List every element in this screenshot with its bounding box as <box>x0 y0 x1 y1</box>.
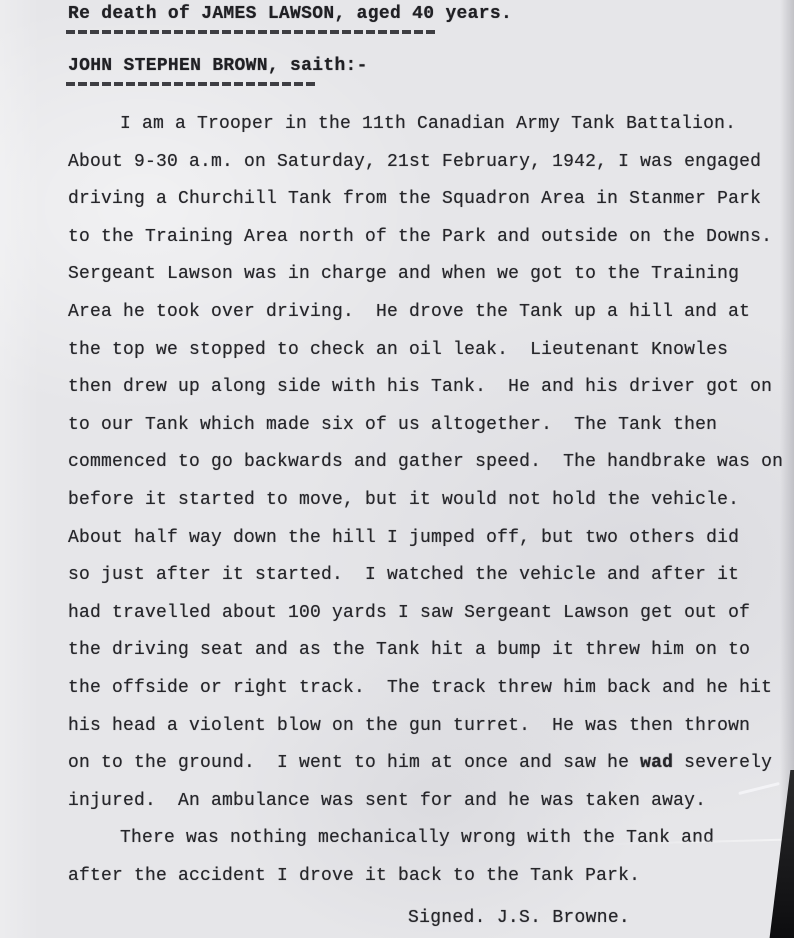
statement-document: Re death of JAMES LAWSON, aged 40 years.… <box>0 4 794 928</box>
body-line: to the Training Area north of the Park a… <box>68 219 784 257</box>
line-segment: on to the ground. I went to him at once … <box>68 753 640 773</box>
body-line: commenced to go backwards and gather spe… <box>68 444 784 482</box>
document-page: Re death of JAMES LAWSON, aged 40 years.… <box>0 0 794 938</box>
body-line: on to the ground. I went to him at once … <box>68 745 784 783</box>
deponent-line: JOHN STEPHEN BROWN, saith:- <box>68 56 794 76</box>
signature-line: Signed. J.S. Browne. <box>408 908 794 928</box>
body-line: injured. An ambulance was sent for and h… <box>68 783 784 821</box>
body-paragraph: I am a Trooper in the 11th Canadian Army… <box>68 106 784 820</box>
body-line: About half way down the hill I jumped of… <box>68 520 784 558</box>
deponent-underline <box>66 82 316 86</box>
body-line: About 9-30 a.m. on Saturday, 21st Februa… <box>68 144 784 182</box>
body-line: before it started to move, but it would … <box>68 482 784 520</box>
body-line: his head a violent blow on the gun turre… <box>68 708 784 746</box>
body-paragraph: There was nothing mechanically wrong wit… <box>68 820 784 895</box>
statement-body: I am a Trooper in the 11th Canadian Army… <box>68 106 784 895</box>
document-title: Re death of JAMES LAWSON, aged 40 years. <box>68 4 794 24</box>
body-line: driving a Churchill Tank from the Squadr… <box>68 181 784 219</box>
title-underline <box>66 30 438 34</box>
body-line: Area he took over driving. He drove the … <box>68 294 784 332</box>
body-line: so just after it started. I watched the … <box>68 557 784 595</box>
body-line: to our Tank which made six of us altoget… <box>68 407 784 445</box>
overstruck-word: wad <box>640 753 673 773</box>
body-line: I am a Trooper in the 11th Canadian Army… <box>68 106 784 144</box>
body-line: then drew up along side with his Tank. H… <box>68 369 784 407</box>
body-line: the offside or right track. The track th… <box>68 670 784 708</box>
body-line: the top we stopped to check an oil leak.… <box>68 332 784 370</box>
body-line: had travelled about 100 yards I saw Serg… <box>68 595 784 633</box>
body-line: the driving seat and as the Tank hit a b… <box>68 632 784 670</box>
body-line: Sergeant Lawson was in charge and when w… <box>68 256 784 294</box>
body-line: There was nothing mechanically wrong wit… <box>68 820 784 858</box>
line-segment: severely <box>673 753 772 773</box>
body-line: after the accident I drove it back to th… <box>68 858 784 896</box>
